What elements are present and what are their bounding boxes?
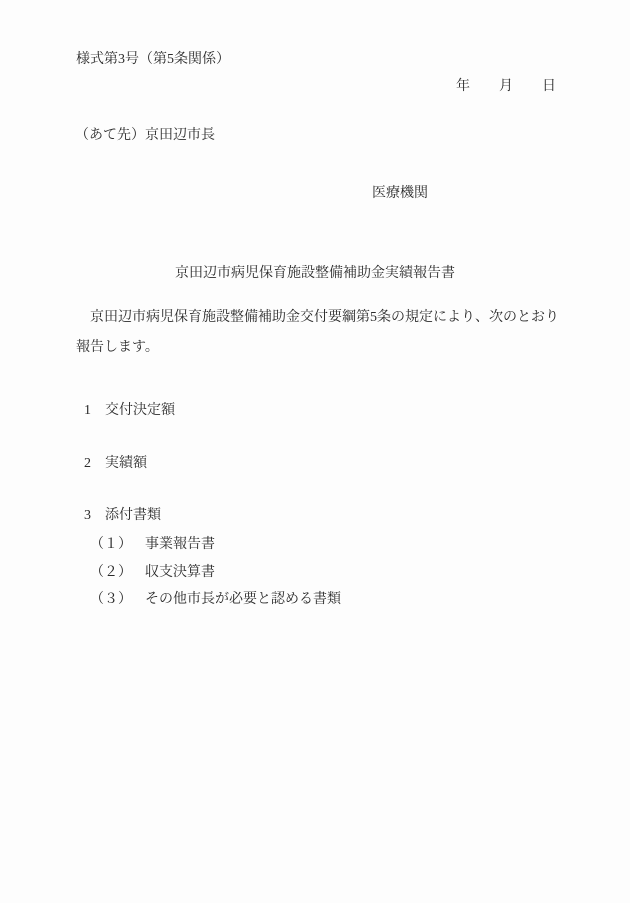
month-label: 月 — [499, 79, 513, 95]
item-number: 1 — [84, 403, 105, 419]
day-label: 日 — [542, 79, 556, 95]
document-page: 様式第3号（第5条関係） 年 月 日 （あて先）京田辺市長 医療機関 京田辺市病… — [0, 0, 630, 903]
attachment-label: 収支決算書 — [145, 565, 215, 580]
applicant-label: 医療機関 — [372, 186, 428, 202]
form-number: 様式第3号（第5条関係） — [76, 52, 230, 68]
attachment-label: その他市長が必要と認める書類 — [145, 592, 341, 607]
attachment-label: 事業報告書 — [145, 537, 215, 552]
addressee: （あて先）京田辺市長 — [75, 128, 215, 144]
item-actual-amount: 2実績額 — [84, 456, 147, 472]
body-paragraph-line-1: 京田辺市病児保育施設整備補助金交付要綱第5条の規定により、次のとおり — [76, 303, 568, 333]
body-paragraph: 京田辺市病児保育施設整備補助金交付要綱第5条の規定により、次のとおり 報告します… — [76, 303, 568, 363]
item-label: 実績額 — [105, 456, 147, 471]
attachment-marker: （１） — [90, 537, 145, 553]
item-grant-decision-amount: 1交付決定額 — [84, 403, 175, 419]
body-paragraph-line-2: 報告します。 — [76, 333, 568, 363]
attachment-other-documents: （３）その他市長が必要と認める書類 — [90, 592, 341, 608]
attachment-income-expense-statement: （２）収支決算書 — [90, 565, 215, 581]
item-label: 交付決定額 — [105, 403, 175, 418]
year-label: 年 — [456, 79, 470, 95]
document-title: 京田辺市病児保育施設整備補助金実績報告書 — [0, 266, 630, 282]
item-number: 2 — [84, 456, 105, 472]
attachment-marker: （３） — [90, 592, 145, 608]
item-attached-documents: 3添付書類 — [84, 508, 161, 524]
attachment-business-report: （１）事業報告書 — [90, 537, 215, 553]
item-number: 3 — [84, 508, 105, 524]
attachment-marker: （２） — [90, 565, 145, 581]
item-label: 添付書類 — [105, 508, 161, 523]
date-line: 年 月 日 — [456, 79, 556, 95]
